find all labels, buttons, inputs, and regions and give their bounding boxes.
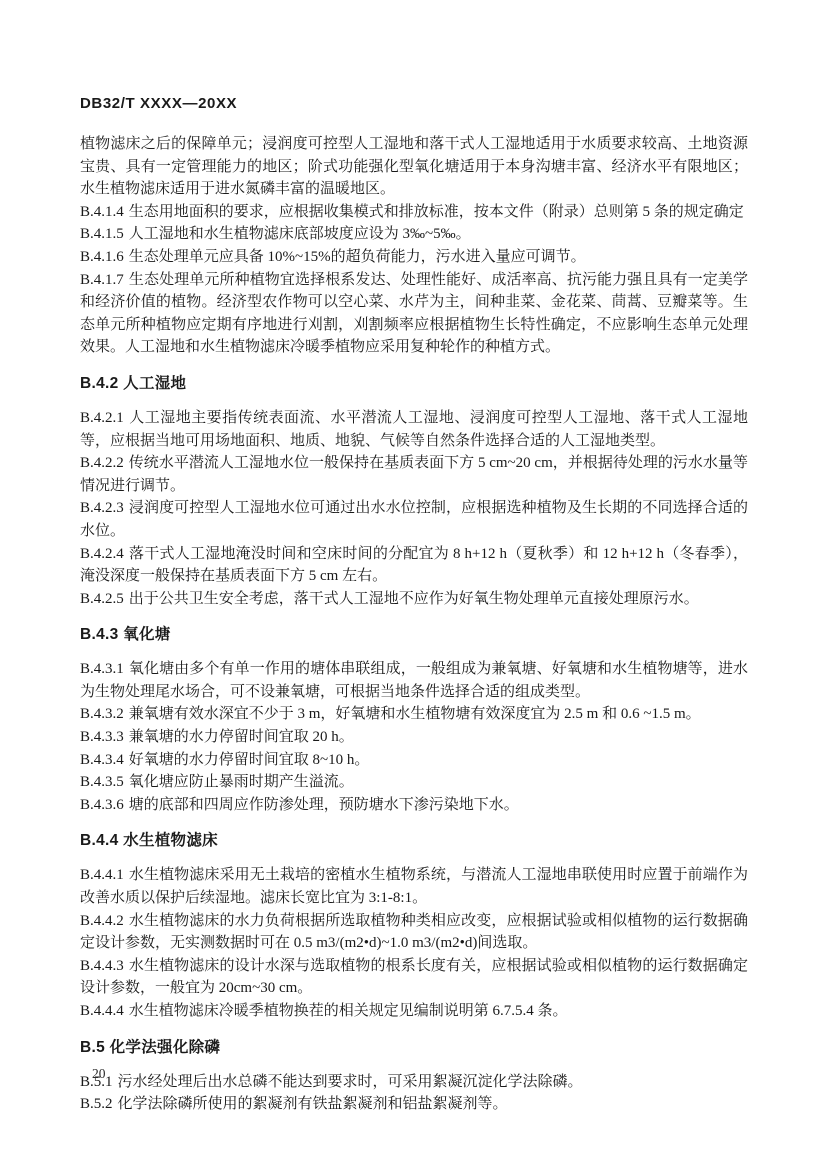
clause-text: 兼氧塘有效水深宜不少于 3 m，好氧塘和水生植物塘有效深度宜为 2.5 m 和 … <box>129 706 701 722</box>
clause-number: B.4.1.4 <box>80 204 124 220</box>
clause-number: B.4.2.5 <box>80 591 124 607</box>
clause: B.4.2.2传统水平潜流人工湿地水位一般保持在基质表面下方 5 cm~20 c… <box>80 452 748 497</box>
clause: B.4.2.1人工湿地主要指传统表面流、水平潜流人工湿地、浸润度可控型人工湿地、… <box>80 407 748 452</box>
paragraph: 植物滤床之后的保障单元；浸润度可控型人工湿地和落干式人工湿地适用于水质要求较高、… <box>80 133 748 201</box>
clause-number: B.4.3.4 <box>80 752 124 768</box>
clause-text: 化学法除磷所使用的絮凝剂有铁盐絮凝剂和铝盐絮凝剂等。 <box>118 1096 508 1112</box>
clause-text: 水生植物滤床冷暖季植物换茬的相关规定见编制说明第 6.7.5.4 条。 <box>129 1003 568 1019</box>
clause: B.4.3.3兼氧塘的水力停留时间宜取 20 h。 <box>80 726 748 749</box>
clause-number: B.4.1.6 <box>80 249 124 265</box>
clause-text: 生态用地面积的要求，应根据收集模式和排放标准，按本文件（附录）总则第 5 条的规… <box>129 204 744 220</box>
clause-number: B.4.3.6 <box>80 797 124 813</box>
clause-text: 水生植物滤床的设计水深与选取植物的根系长度有关，应根据试验或相似植物的运行数据确… <box>80 958 748 997</box>
section-heading: B.5 化学法强化除磷 <box>80 1023 748 1071</box>
clause: B.5.1污水经处理后出水总磷不能达到要求时，可采用絮凝沉淀化学法除磷。 <box>80 1071 748 1094</box>
clause-text: 出于公共卫生安全考虑，落干式人工湿地不应作为好氧生物处理单元直接处理原污水。 <box>129 591 699 607</box>
clause: B.4.1.6生态处理单元应具备 10%~15%的超负荷能力，污水进入量应可调节… <box>80 246 748 269</box>
clause: B.5.2化学法除磷所使用的絮凝剂有铁盐絮凝剂和铝盐絮凝剂等。 <box>80 1093 748 1116</box>
clause: B.4.4.3水生植物滤床的设计水深与选取植物的根系长度有关，应根据试验或相似植… <box>80 955 748 1000</box>
clause-number: B.4.4.1 <box>80 867 124 883</box>
clause-text: 传统水平潜流人工湿地水位一般保持在基质表面下方 5 cm~20 cm，并根据待处… <box>80 455 748 494</box>
section-heading: B.4.4 水生植物滤床 <box>80 816 748 864</box>
clause-number: B.4.3.5 <box>80 774 124 790</box>
clause-text: 氧化塘由多个有单一作用的塘体串联组成，一般组成为兼氧塘、好氧塘和水生植物塘等，进… <box>80 661 748 700</box>
clause-text: 人工湿地主要指传统表面流、水平潜流人工湿地、浸润度可控型人工湿地、落干式人工湿地… <box>80 410 748 449</box>
clause: B.4.3.5氧化塘应防止暴雨时期产生溢流。 <box>80 771 748 794</box>
clause-text: 人工湿地和水生植物滤床底部坡度应设为 3‰~5‰。 <box>129 226 471 242</box>
clause: B.4.1.7生态处理单元所种植物宜选择根系发达、处理性能好、成活率高、抗污能力… <box>80 269 748 359</box>
clause-text: 水生植物滤床采用无土栽培的密植水生植物系统，与潜流人工湿地串联使用时应置于前端作… <box>80 867 748 906</box>
clause: B.4.1.5人工湿地和水生植物滤床底部坡度应设为 3‰~5‰。 <box>80 223 748 246</box>
clause: B.4.4.2水生植物滤床的水力负荷根据所选取植物种类相应改变，应根据试验或相似… <box>80 910 748 955</box>
clause-text: 水生植物滤床的水力负荷根据所选取植物种类相应改变，应根据试验或相似植物的运行数据… <box>80 913 748 952</box>
clause-number: B.4.1.7 <box>80 272 124 288</box>
clause: B.4.3.1氧化塘由多个有单一作用的塘体串联组成，一般组成为兼氧塘、好氧塘和水… <box>80 658 748 703</box>
clause: B.4.2.5出于公共卫生安全考虑，落干式人工湿地不应作为好氧生物处理单元直接处… <box>80 588 748 611</box>
clause-number: B.4.3.2 <box>80 706 124 722</box>
clause-text: 氧化塘应防止暴雨时期产生溢流。 <box>129 774 354 790</box>
clause-number: B.4.2.3 <box>80 500 124 516</box>
clause: B.4.4.1水生植物滤床采用无土栽培的密植水生植物系统，与潜流人工湿地串联使用… <box>80 864 748 909</box>
clause-text: 落干式人工湿地淹没时间和空床时间的分配宜为 8 h+12 h（夏秋季）和 12 … <box>80 546 748 585</box>
clause-text: 浸润度可控型人工湿地水位可通过出水水位控制，应根据选种植物及生长期的不同选择合适… <box>80 500 748 539</box>
clause-number: B.4.3.3 <box>80 729 124 745</box>
page-number: 20 <box>92 1066 106 1082</box>
clause: B.4.3.4好氧塘的水力停留时间宜取 8~10 h。 <box>80 749 748 772</box>
clause: B.4.3.2兼氧塘有效水深宜不少于 3 m，好氧塘和水生植物塘有效深度宜为 2… <box>80 703 748 726</box>
document-body: 植物滤床之后的保障单元；浸润度可控型人工湿地和落干式人工湿地适用于水质要求较高、… <box>80 133 748 1116</box>
clause-text: 塘的底部和四周应作防渗处理，预防塘水下渗污染地下水。 <box>129 797 519 813</box>
clause-number: B.4.4.2 <box>80 913 124 929</box>
clause: B.4.2.4落干式人工湿地淹没时间和空床时间的分配宜为 8 h+12 h（夏秋… <box>80 543 748 588</box>
document-header: DB32/T XXXX—20XX <box>80 95 237 112</box>
clause: B.4.2.3浸润度可控型人工湿地水位可通过出水水位控制，应根据选种植物及生长期… <box>80 497 748 542</box>
clause-text: 兼氧塘的水力停留时间宜取 20 h。 <box>129 729 354 745</box>
clause-text: 污水经处理后出水总磷不能达到要求时，可采用絮凝沉淀化学法除磷。 <box>118 1074 583 1090</box>
clause-number: B.5.2 <box>80 1096 113 1112</box>
section-heading: B.4.3 氧化塘 <box>80 610 748 658</box>
clause: B.4.3.6塘的底部和四周应作防渗处理，预防塘水下渗污染地下水。 <box>80 794 748 817</box>
clause-text: 生态处理单元应具备 10%~15%的超负荷能力，污水进入量应可调节。 <box>129 249 586 265</box>
clause-number: B.4.4.4 <box>80 1003 124 1019</box>
clause-number: B.4.2.2 <box>80 455 124 471</box>
clause-number: B.4.3.1 <box>80 661 124 677</box>
clause: B.4.1.4生态用地面积的要求，应根据收集模式和排放标准，按本文件（附录）总则… <box>80 201 748 224</box>
clause-number: B.4.4.3 <box>80 958 124 974</box>
clause-text: 好氧塘的水力停留时间宜取 8~10 h。 <box>129 752 370 768</box>
clause-number: B.4.2.4 <box>80 546 124 562</box>
clause-text: 生态处理单元所种植物宜选择根系发达、处理性能好、成活率高、抗污能力强且具有一定美… <box>80 272 748 356</box>
clause-number: B.4.2.1 <box>80 410 124 426</box>
document-page: DB32/T XXXX—20XX 植物滤床之后的保障单元；浸润度可控型人工湿地和… <box>0 0 826 1169</box>
clause-number: B.4.1.5 <box>80 226 124 242</box>
clause: B.4.4.4水生植物滤床冷暖季植物换茬的相关规定见编制说明第 6.7.5.4 … <box>80 1000 748 1023</box>
section-heading: B.4.2 人工湿地 <box>80 359 748 407</box>
